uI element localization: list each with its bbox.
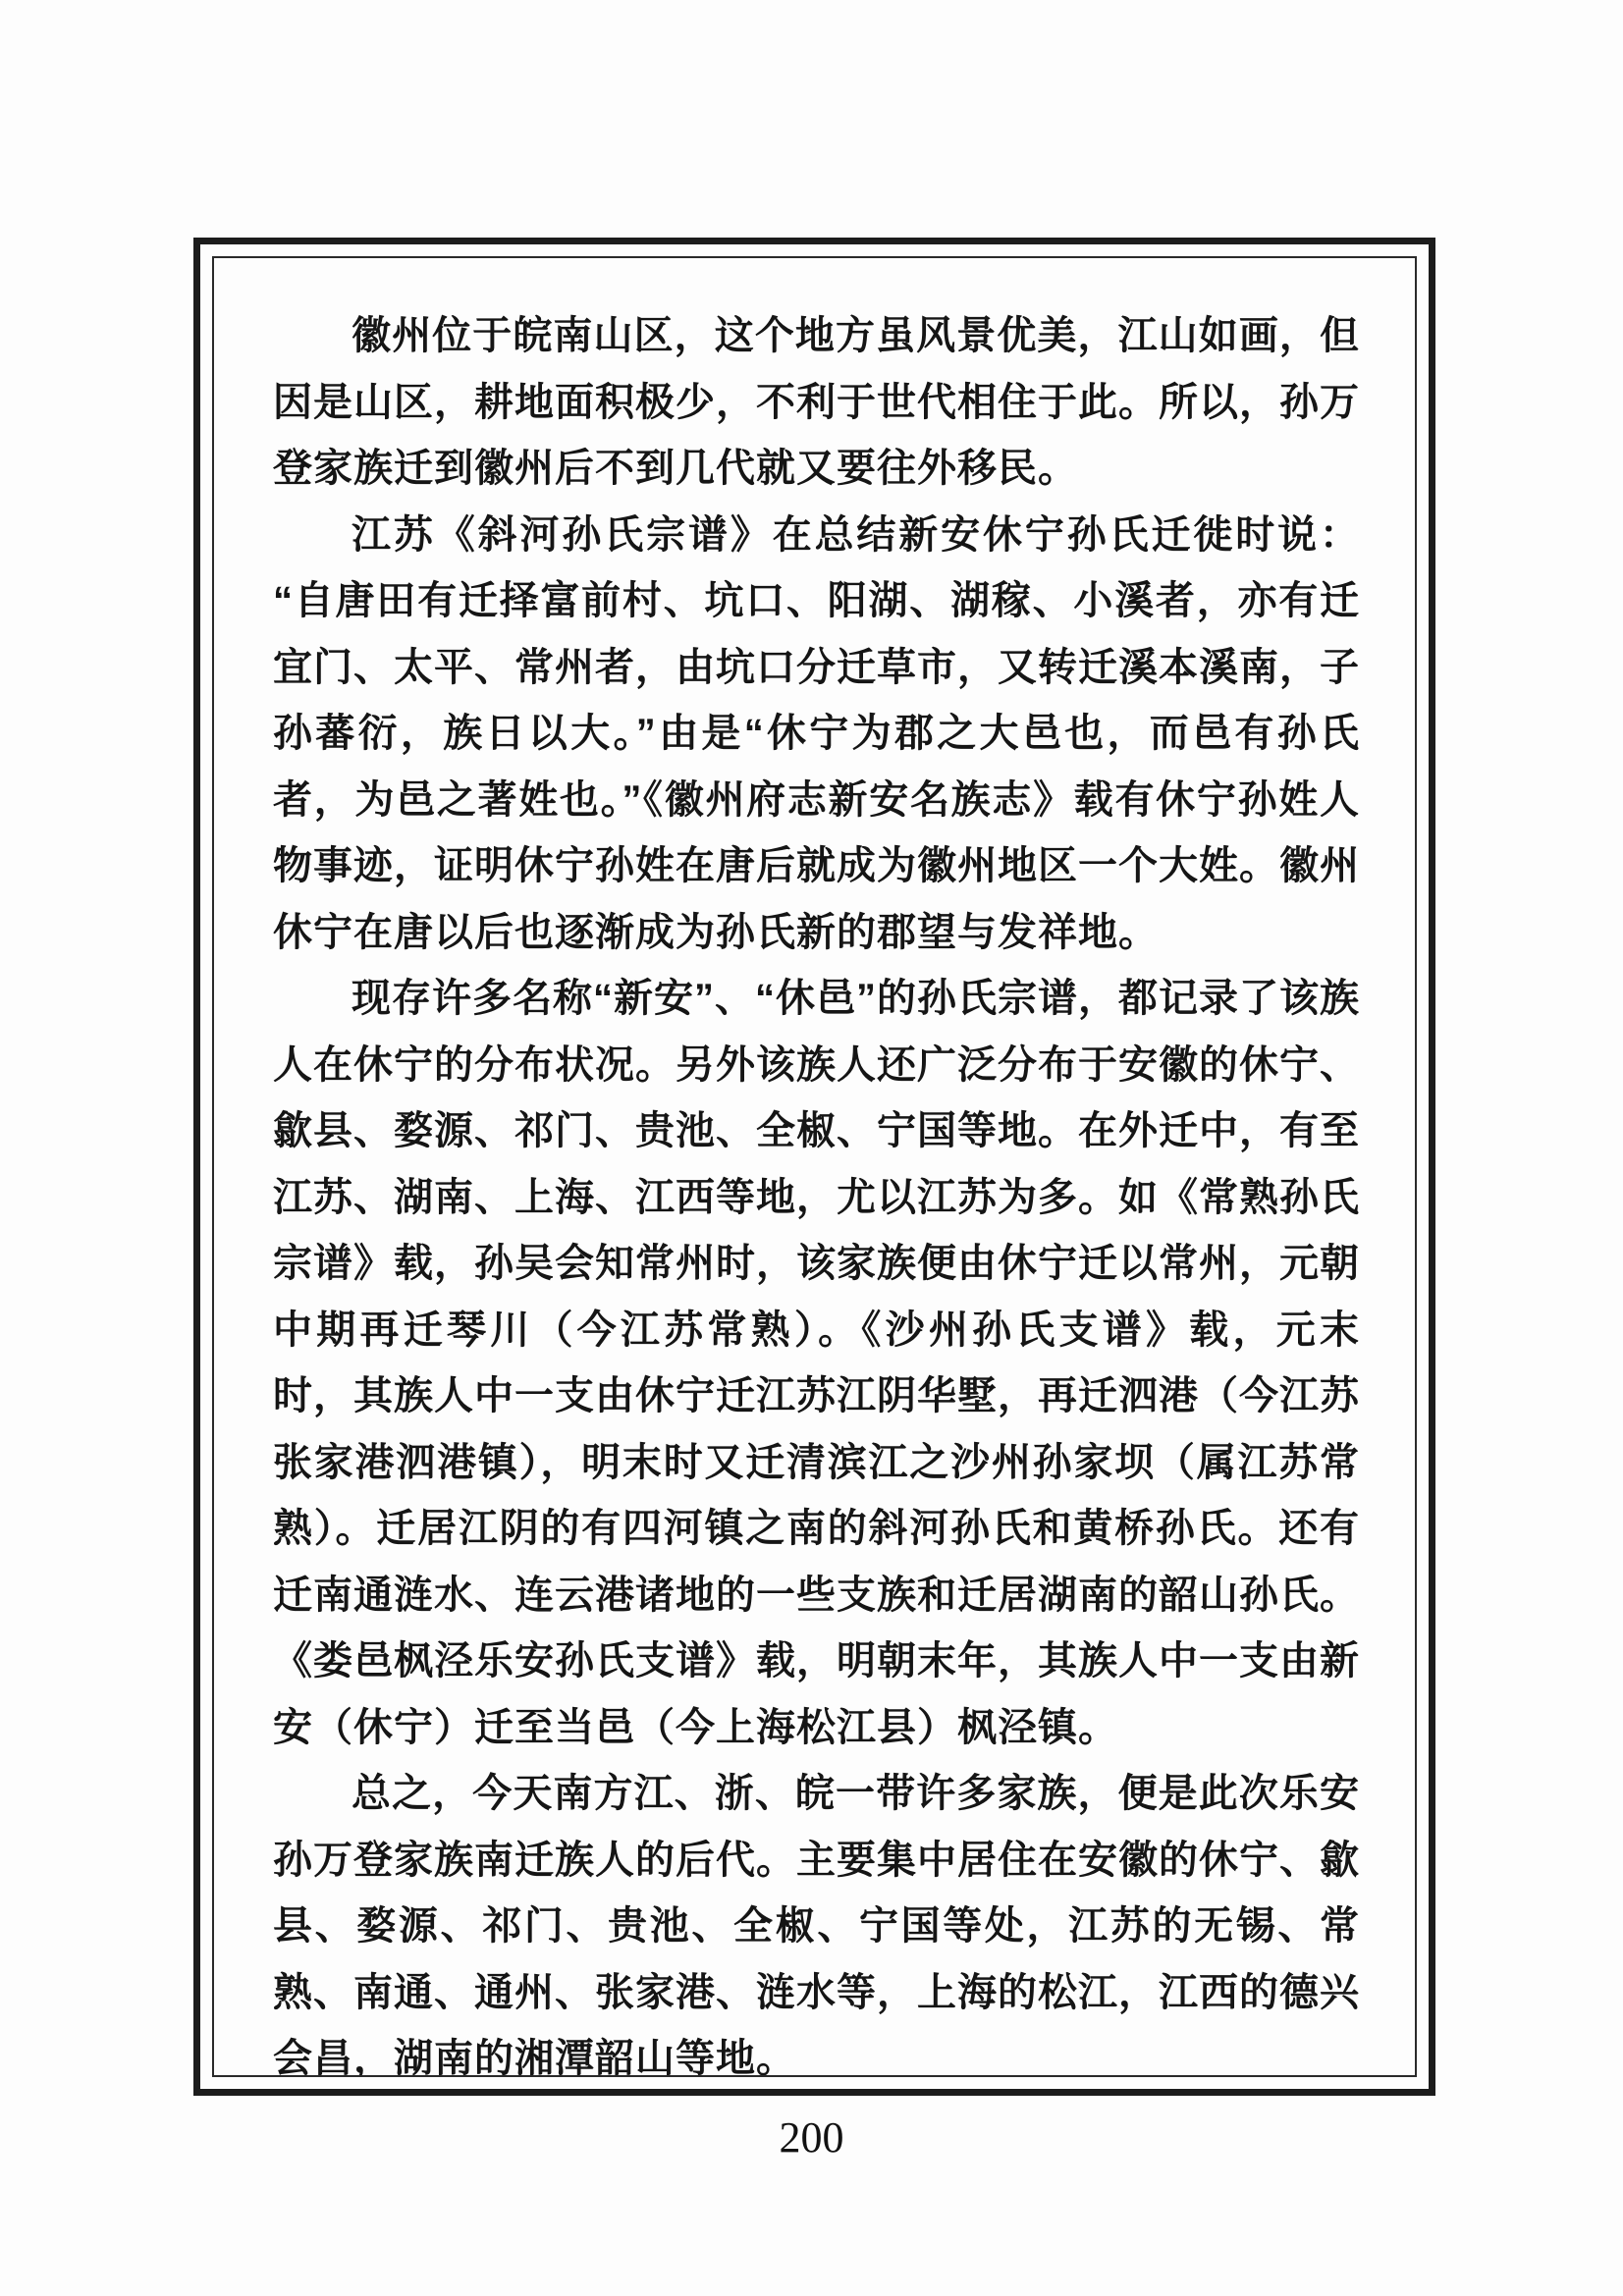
page-border-outer: 徽州位于皖南山区，这个地方虽风景优美，江山如画，但因是山区，耕地面积极少，不利于… (193, 238, 1435, 2096)
scanned-book-page: 徽州位于皖南山区，这个地方虽风景优美，江山如画，但因是山区，耕地面积极少，不利于… (0, 0, 1623, 2296)
page-border-inner: 徽州位于皖南山区，这个地方虽风景优美，江山如画，但因是山区，耕地面积极少，不利于… (212, 256, 1417, 2077)
body-paragraph-4: 总之，今天南方江、浙、皖一带许多家族，便是此次乐安孙万登家族南迁族人的后代。主要… (273, 1761, 1360, 2075)
page-number: 200 (0, 2112, 1623, 2163)
body-paragraph-1: 徽州位于皖南山区，这个地方虽风景优美，江山如画，但因是山区，耕地面积极少，不利于… (273, 303, 1360, 503)
body-paragraph-2: 江苏《斜河孙氏宗谱》在总结新安休宁孙氏迁徙时说：“自唐田有迁择富前村、坑口、阳湖… (273, 503, 1360, 967)
body-text: 徽州位于皖南山区，这个地方虽风景优美，江山如画，但因是山区，耕地面积极少，不利于… (214, 258, 1415, 2075)
body-paragraph-3: 现存许多名称“新安”、“休邑”的孙氏宗谱，都记录了该族人在休宁的分布状况。另外该… (273, 966, 1360, 1761)
